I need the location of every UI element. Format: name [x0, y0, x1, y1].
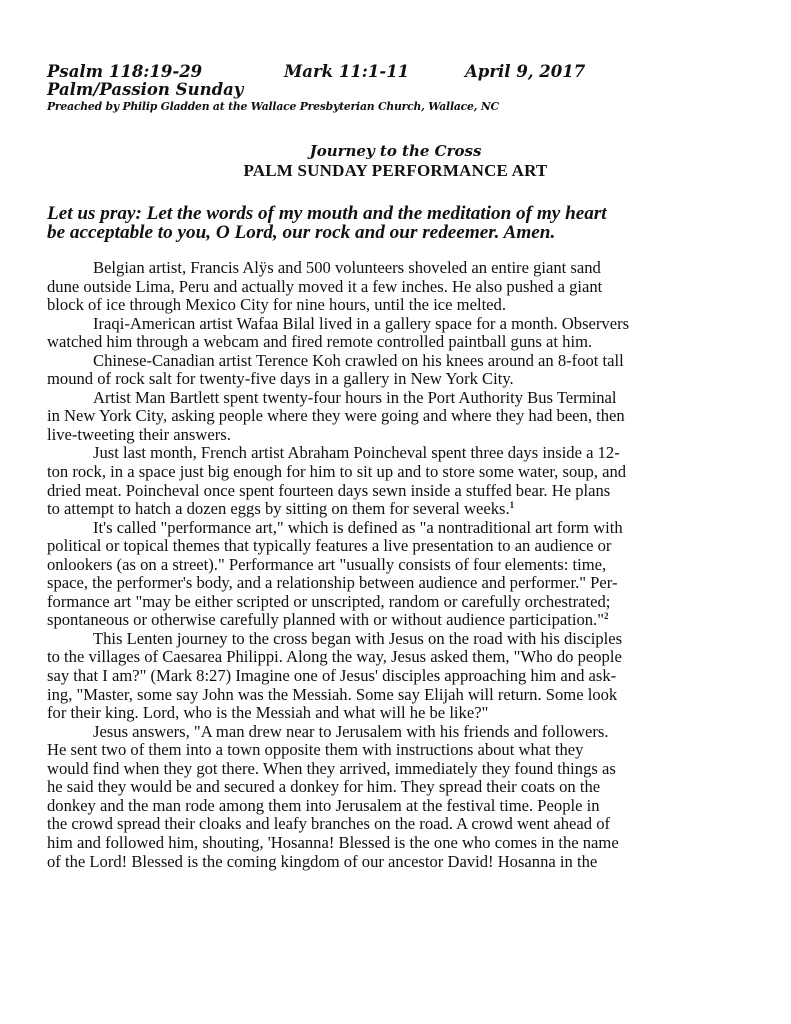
line-text: live-tweeting their answers. — [47, 425, 231, 444]
text-line: say that I am?" (Mark 8:27) Imagine one … — [47, 667, 747, 686]
text-line: mound of rock salt for twenty-five days … — [47, 370, 747, 389]
line-text: ton rock, in a space just big enough for… — [47, 462, 626, 481]
text-line: him and followed him, shouting, 'Hosanna… — [47, 834, 747, 853]
opening-prayer: Let us pray: Let the words of my mouth a… — [47, 204, 767, 242]
paragraph-first-line: It's called "performance art," which is … — [47, 519, 747, 538]
footnote-marker[interactable]: 1 — [510, 500, 515, 510]
line-text: of the Lord! Blessed is the coming kingd… — [47, 852, 597, 871]
text-line: He sent two of them into a town opposite… — [47, 741, 747, 760]
line-text: spontaneous or otherwise carefully plann… — [47, 610, 604, 629]
psalm-reference: Psalm 118:19-29 — [47, 62, 202, 81]
text-line: space, the performer's body, and a relat… — [47, 574, 747, 593]
prayer-line: be acceptable to you, O Lord, our rock a… — [47, 223, 767, 242]
document-page: Psalm 118:19-29 Mark 11:1-11 April 9, 20… — [0, 0, 791, 1024]
line-text: Jesus answers, "A man drew near to Jerus… — [93, 722, 609, 741]
paragraph-first-line: Artist Man Bartlett spent twenty-four ho… — [47, 389, 747, 408]
text-line: spontaneous or otherwise carefully plann… — [47, 611, 747, 630]
text-line: live-tweeting their answers. — [47, 426, 747, 445]
line-text: dried meat. Poincheval once spent fourte… — [47, 481, 610, 500]
prayer-line: Let us pray: Let the words of my mouth a… — [47, 204, 767, 223]
line-text: Iraqi-American artist Wafaa Bilal lived … — [93, 314, 629, 333]
footnote-marker[interactable]: 2 — [604, 611, 609, 621]
text-line: dune outside Lima, Peru and actually mov… — [47, 278, 747, 297]
occasion: Palm/Passion Sunday — [47, 80, 243, 99]
line-text: to the villages of Caesarea Philippi. Al… — [47, 647, 622, 666]
sermon-body: Belgian artist, Francis Alÿs and 500 vol… — [47, 259, 747, 871]
line-text: the crowd spread their cloaks and leafy … — [47, 814, 610, 833]
text-line: formance art "may be either scripted or … — [47, 593, 747, 612]
line-text: Just last month, French artist Abraham P… — [93, 443, 620, 462]
text-line: ton rock, in a space just big enough for… — [47, 463, 747, 482]
line-text: onlookers (as on a street)." Performance… — [47, 555, 606, 574]
line-text: in New York City, asking people where th… — [47, 406, 625, 425]
gospel-reference: Mark 11:1-11 — [284, 62, 409, 81]
line-text: Chinese-Canadian artist Terence Koh craw… — [93, 351, 624, 370]
line-text: It's called "performance art," which is … — [93, 518, 623, 537]
text-line: ing, "Master, some say John was the Mess… — [47, 686, 747, 705]
paragraph-first-line: This Lenten journey to the cross began w… — [47, 630, 747, 649]
line-text: space, the performer's body, and a relat… — [47, 573, 617, 592]
paragraph-first-line: Belgian artist, Francis Alÿs and 500 vol… — [47, 259, 747, 278]
sermon-date: April 9, 2017 — [465, 62, 585, 81]
paragraph-first-line: Just last month, French artist Abraham P… — [47, 444, 747, 463]
line-text: dune outside Lima, Peru and actually mov… — [47, 277, 602, 296]
line-text: Artist Man Bartlett spent twenty-four ho… — [93, 388, 616, 407]
text-line: onlookers (as on a street)." Performance… — [47, 556, 747, 575]
line-text: block of ice through Mexico City for nin… — [47, 295, 506, 314]
text-line: to attempt to hatch a dozen eggs by sitt… — [47, 500, 747, 519]
text-line: political or topical themes that typical… — [47, 537, 747, 556]
line-text: donkey and the man rode among them into … — [47, 796, 600, 815]
paragraph-first-line: Jesus answers, "A man drew near to Jerus… — [47, 723, 747, 742]
line-text: Belgian artist, Francis Alÿs and 500 vol… — [93, 258, 601, 277]
text-line: the crowd spread their cloaks and leafy … — [47, 815, 747, 834]
line-text: would find when they got there. When the… — [47, 759, 616, 778]
preacher-line: Preached by Philip Gladden at the Wallac… — [47, 100, 499, 113]
line-text: he said they would be and secured a donk… — [47, 777, 600, 796]
paragraph-first-line: Iraqi-American artist Wafaa Bilal lived … — [47, 315, 747, 334]
text-line: donkey and the man rode among them into … — [47, 797, 747, 816]
text-line: block of ice through Mexico City for nin… — [47, 296, 747, 315]
paragraph-first-line: Chinese-Canadian artist Terence Koh craw… — [47, 352, 747, 371]
header-references: Psalm 118:19-29 Mark 11:1-11 April 9, 20… — [47, 62, 747, 82]
text-line: watched him through a webcam and fired r… — [47, 333, 747, 352]
text-line: for their king. Lord, who is the Messiah… — [47, 704, 747, 723]
line-text: This Lenten journey to the cross began w… — [93, 629, 622, 648]
line-text: ing, "Master, some say John was the Mess… — [47, 685, 617, 704]
line-text: mound of rock salt for twenty-five days … — [47, 369, 514, 388]
text-line: of the Lord! Blessed is the coming kingd… — [47, 853, 747, 872]
line-text: for their king. Lord, who is the Messiah… — [47, 703, 488, 722]
line-text: to attempt to hatch a dozen eggs by sitt… — [47, 499, 510, 518]
text-line: would find when they got there. When the… — [47, 760, 747, 779]
series-title: Journey to the Cross — [0, 142, 791, 160]
line-text: He sent two of them into a town opposite… — [47, 740, 583, 759]
text-line: to the villages of Caesarea Philippi. Al… — [47, 648, 747, 667]
text-line: in New York City, asking people where th… — [47, 407, 747, 426]
text-line: he said they would be and secured a donk… — [47, 778, 747, 797]
line-text: say that I am?" (Mark 8:27) Imagine one … — [47, 666, 616, 685]
line-text: political or topical themes that typical… — [47, 536, 611, 555]
line-text: him and followed him, shouting, 'Hosanna… — [47, 833, 619, 852]
line-text: formance art "may be either scripted or … — [47, 592, 610, 611]
line-text: watched him through a webcam and fired r… — [47, 332, 592, 351]
text-line: dried meat. Poincheval once spent fourte… — [47, 482, 747, 501]
sermon-title: PALM SUNDAY PERFORMANCE ART — [0, 161, 791, 181]
